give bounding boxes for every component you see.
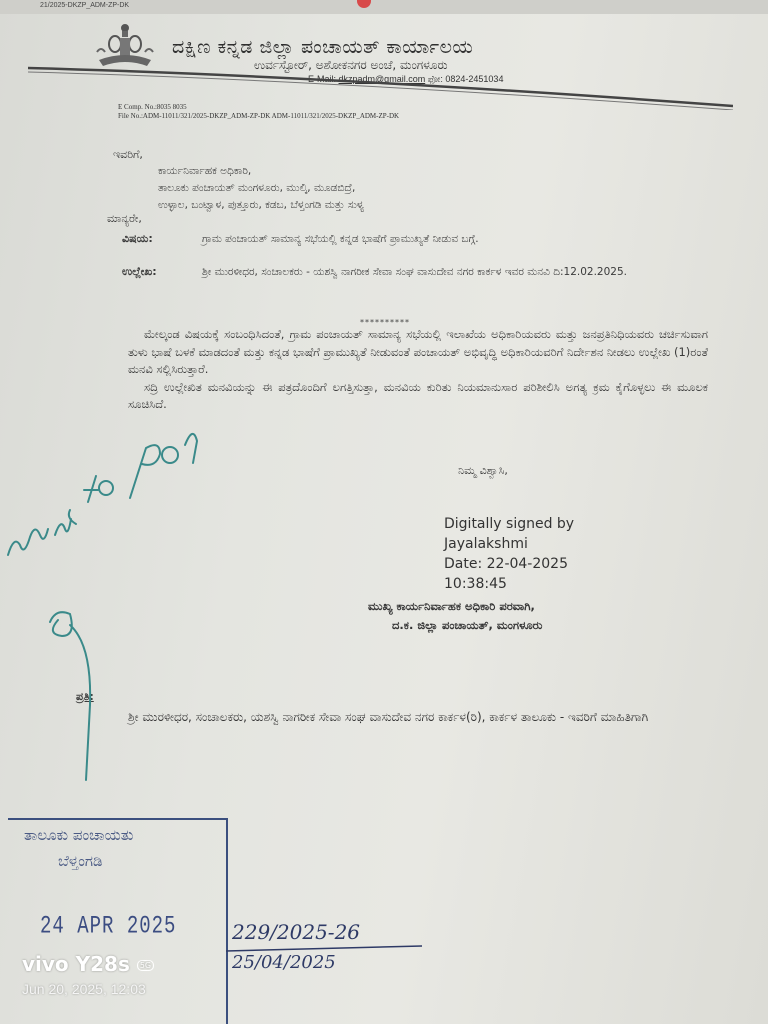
digital-signature: Digitally signed by Jayalakshmi Date: 22… bbox=[444, 514, 574, 594]
closing-yours: ನಿಮ್ಮ ವಿಶ್ವಾಸಿ, bbox=[458, 464, 508, 478]
camera-watermark-timestamp: Jun 20, 2025, 12:03 bbox=[22, 981, 146, 997]
signature-date: Date: 22-04-2025 bbox=[444, 554, 574, 574]
designation: ಮುಖ್ಯ ಕಾರ್ಯನಿರ್ವಾಹಕ ಅಧಿಕಾರಿ ಪರವಾಗಿ, bbox=[368, 599, 535, 614]
salutation: ಮಾನ್ಯರೇ, bbox=[107, 212, 142, 226]
subject-label: ವಿಷಯ: bbox=[122, 232, 153, 246]
copy-to-text: ಶ್ರೀ ಮುರಳೀಧರ, ಸಂಚಾಲಕರು, ಯಶಸ್ವಿ ನಾಗರೀಕ ಸೇ… bbox=[128, 707, 738, 728]
comp-number: E Comp. No.:8035 8035 bbox=[118, 103, 399, 112]
network-badge: 5G bbox=[137, 960, 154, 971]
stamp-place: ಬೆಳ್ತಂಗಡಿ bbox=[58, 852, 102, 870]
reference-text: ಶ್ರೀ ಮುರಳೀಧರ, ಸಂಚಾಲಕರು - ಯಶಸ್ವಿ ನಾಗರೀಕ ಸ… bbox=[202, 265, 642, 280]
body-paragraph: ಮೇಲ್ಕಂಡ ವಿಷಯಕ್ಕೆ ಸಂಬಂಧಿಸಿದಂತೆ, ಗ್ರಾಮ ಪಂಚ… bbox=[128, 326, 708, 379]
addressee-line: ಉಳ್ಳಾಲ, ಬಂಟ್ವಾಳ, ಪುತ್ತೂರು, ಕಡಬ, ಬೆಳ್ತಂಗಡ… bbox=[158, 199, 364, 212]
office-title: ದಕ್ಷಿಣ ಕನ್ನಡ ಜಿಲ್ಲಾ ಪಂಚಾಯತ್ ಕಾರ್ಯಾಲಯ bbox=[172, 36, 473, 58]
inward-date: 25/04/2025 bbox=[232, 952, 336, 973]
subject-text: ಗ್ರಾಮ ಪಂಚಾಯತ್ ಸಾಮಾನ್ಯ ಸಭೆಯಲ್ಲಿ ಕನ್ನಡ ಭಾಷ… bbox=[202, 232, 642, 247]
reference-label: ಉಲ್ಲೇಖ: bbox=[122, 265, 157, 279]
letter-body: ಮೇಲ್ಕಂಡ ವಿಷಯಕ್ಕೆ ಸಂಬಂಧಿಸಿದಂತೆ, ಗ್ರಾಮ ಪಂಚ… bbox=[128, 326, 708, 414]
stamp-date: 24 APR 2025 bbox=[40, 912, 176, 941]
stamp-office: ತಾಲೂಕು ಪಂಚಾಯತು bbox=[24, 826, 133, 844]
addressee-line: ತಾಲೂಕು ಪಂಚಾಯತ್ ಮಂಗಳೂರು, ಮುಲ್ಕಿ, ಮೂಡಬಿದ್ರ… bbox=[158, 182, 355, 195]
state-emblem-icon bbox=[93, 22, 157, 72]
addressee-line: ಕಾರ್ಯನಿರ್ವಾಹಕ ಅಧಿಕಾರಿ, bbox=[158, 165, 251, 178]
signer-name: Jayalakshmi bbox=[444, 534, 574, 554]
top-reference: 21/2025-DKZP_ADM-ZP-DK bbox=[40, 2, 129, 9]
signature-time: 10:38:45 bbox=[444, 574, 574, 594]
office-designation: ದ.ಕ. ಜಿಲ್ಲಾ ಪಂಚಾಯತ್, ಮಂಗಳೂರು bbox=[392, 618, 542, 633]
camera-watermark-device: vivo Y28s 5G bbox=[22, 952, 154, 976]
signature-line: Digitally signed by bbox=[444, 514, 574, 534]
to-label: ಇವರಿಗೆ, bbox=[113, 148, 143, 162]
file-number: File No.:ADM-11011/321/2025-DKZP_ADM-ZP-… bbox=[118, 112, 399, 121]
reference-numbers: E Comp. No.:8035 8035 File No.:ADM-11011… bbox=[118, 103, 399, 121]
device-name: vivo Y28s bbox=[22, 952, 130, 976]
body-paragraph: ಸದ್ರಿ ಉಲ್ಲೇಖಿತ ಮನವಿಯನ್ನು ಈ ಪತ್ರದೊಂದಿಗೆ ಲ… bbox=[128, 379, 708, 414]
copy-to-label: ಪ್ರತಿ: bbox=[76, 690, 94, 704]
inward-number: 229/2025-26 bbox=[232, 920, 360, 944]
